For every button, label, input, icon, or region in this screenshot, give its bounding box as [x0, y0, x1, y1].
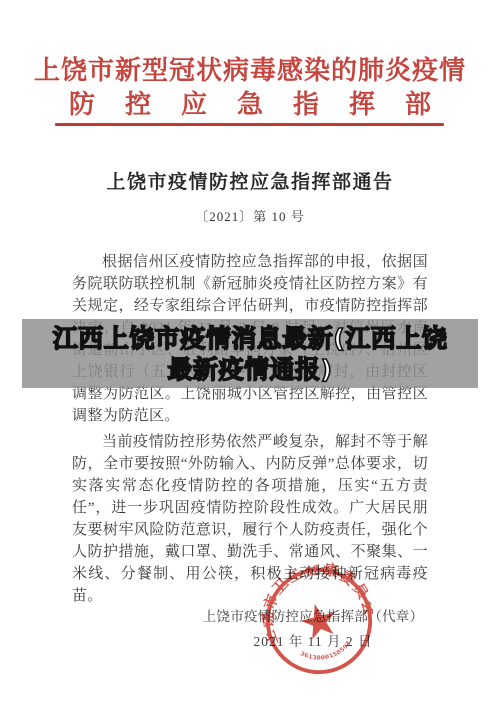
watermark-line1: 江西上饶市疫情消息最新(江西上饶 [53, 323, 447, 354]
body-paragraph-2: 当前疫情防控形势依然严峻复杂，解封不等于解防，全市要按照“外防输入、内防反弹”总… [72, 431, 428, 607]
letterhead-org-line1: 上饶市新型冠状病毒感染的肺炎疫情 [0, 50, 500, 87]
watermark-banner: 江西上饶市疫情消息最新(江西上饶 最新疫情通报) [22, 319, 478, 388]
seal-star-icon [298, 600, 341, 641]
doc-number: 〔2021〕第 10 号 [0, 206, 500, 225]
letterhead-divider [55, 123, 444, 126]
notice-title: 上饶市疫情防控应急指挥部通告 [0, 167, 500, 194]
letterhead-org-line2: 防控应急指挥部 [69, 84, 431, 121]
notice-body: 根据信州区疫情防控应急指挥部的申报，依据国务院联防联控机制《新冠肺炎疫情社区防控… [72, 251, 428, 607]
watermark-line2: 最新疫情通报) [168, 354, 333, 385]
scanned-notice-page: 上饶市新型冠状病毒感染的肺炎疫情 防控应急指挥部 上饶市疫情防控应急指挥部通告 … [0, 0, 500, 702]
